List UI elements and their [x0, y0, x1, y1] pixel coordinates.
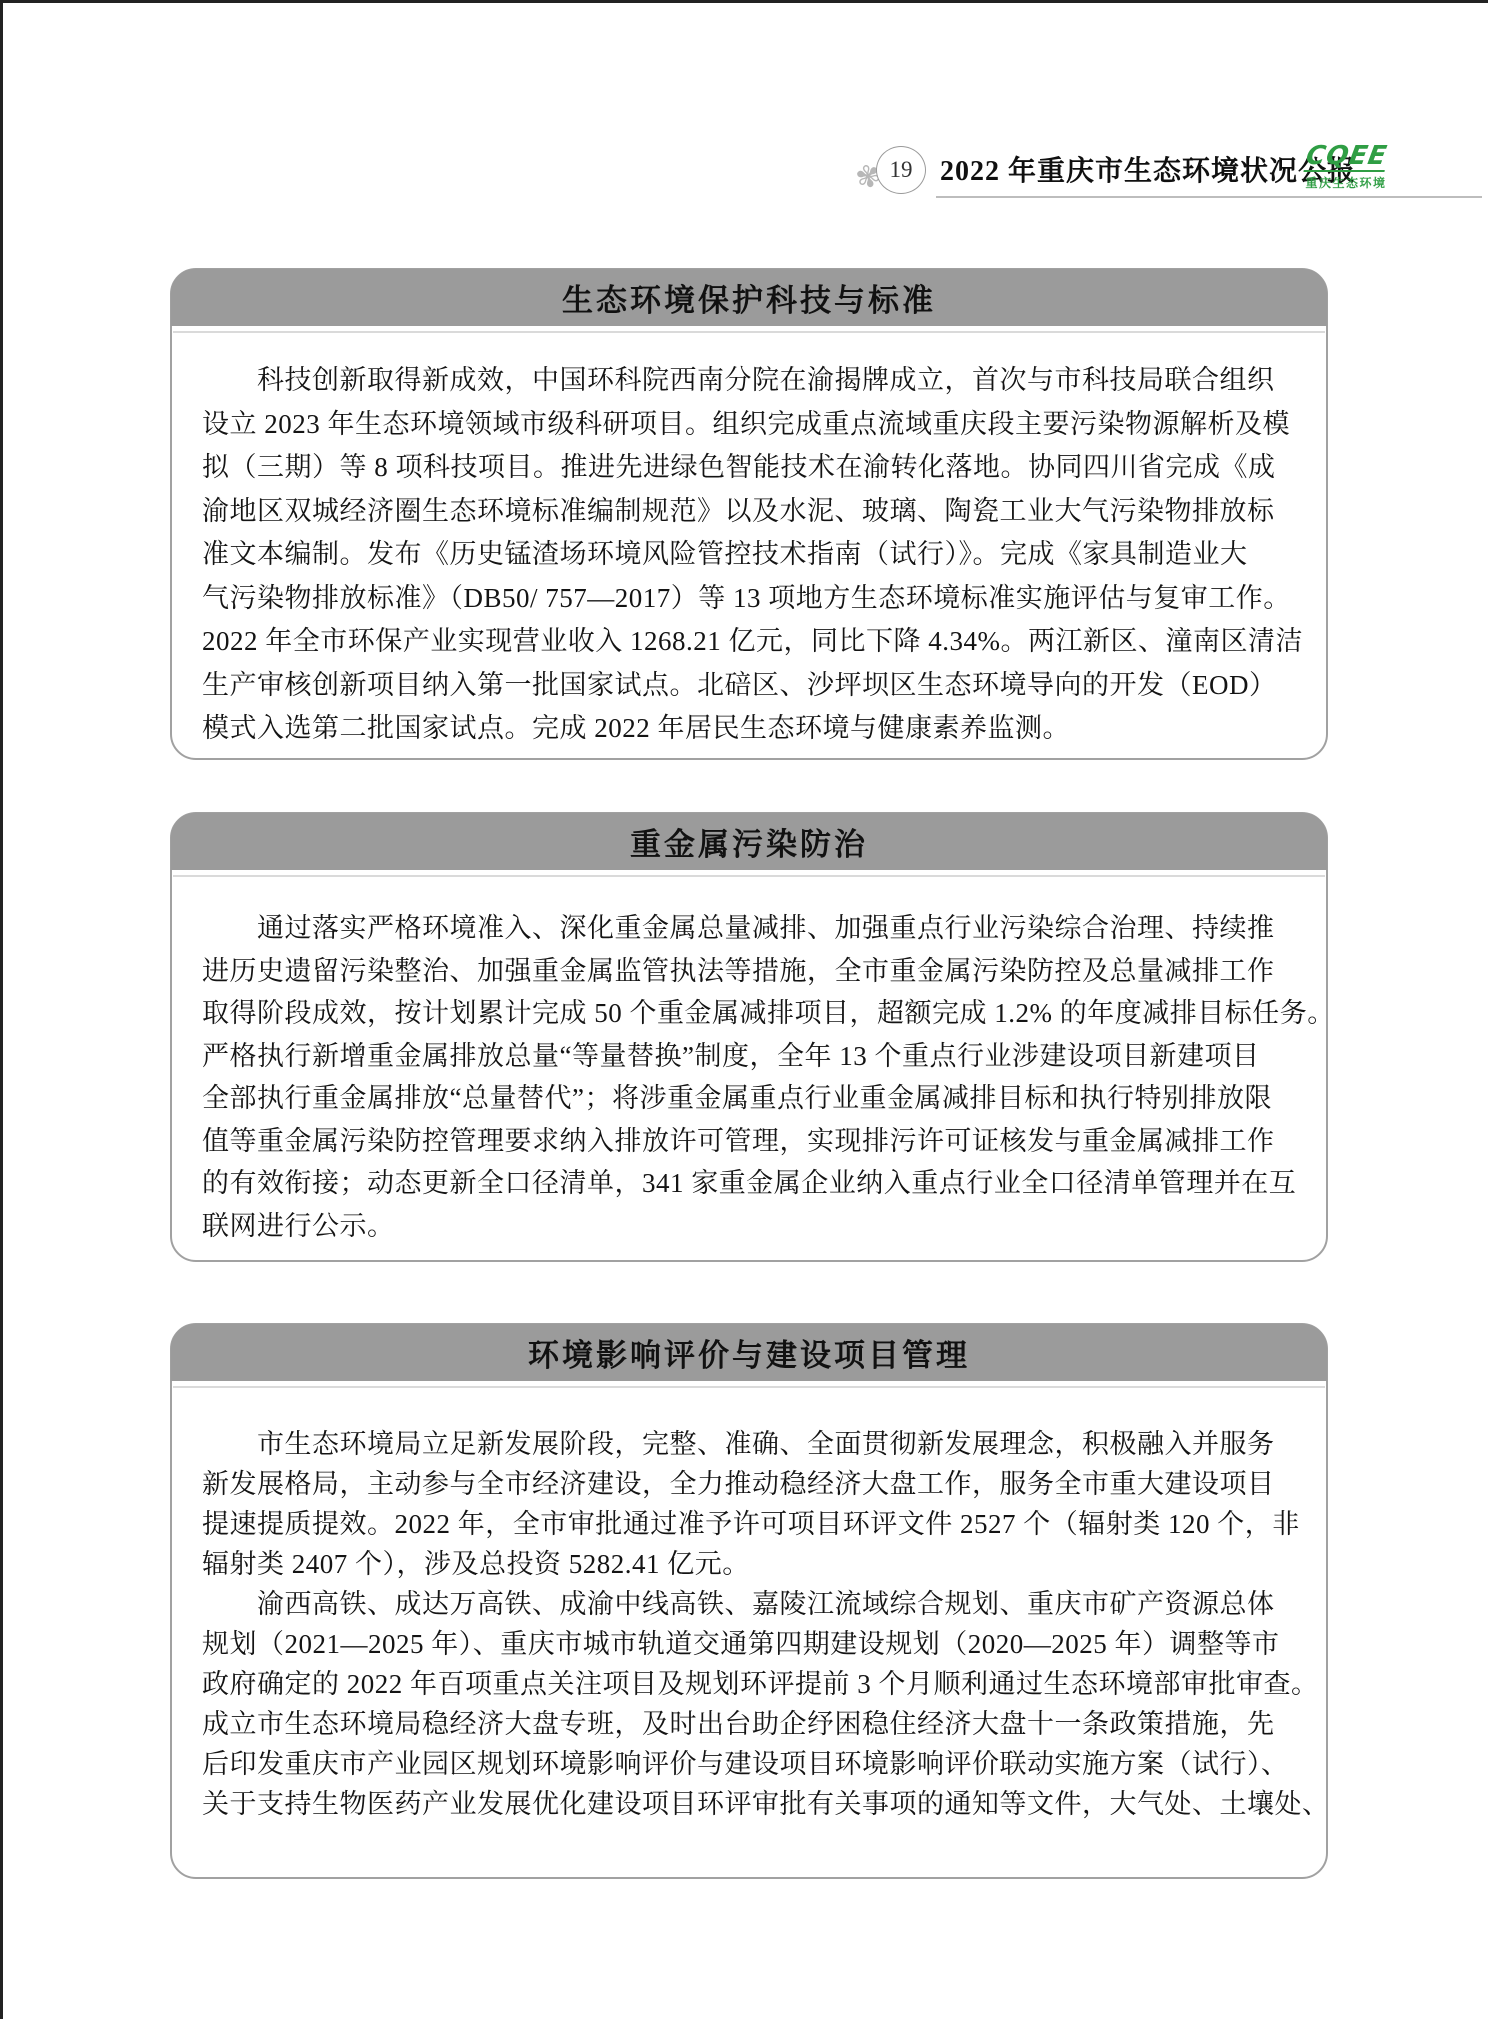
text-line: 联网进行公示。 — [202, 1205, 1296, 1248]
section-science-standards: 生态环境保护科技与标准 科技创新取得新成效，中国环科院西南分院在渝揭牌成立，首次… — [170, 268, 1328, 760]
document-page: { "page": { "number": "19", "title": "20… — [0, 0, 1488, 2019]
section-header-rule — [173, 870, 1325, 877]
section-header-rule — [173, 326, 1325, 333]
text-line: 2022 年全市环保产业实现营业收入 1268.21 亿元，同比下降 4.34%… — [202, 620, 1296, 664]
page-number: 19 — [890, 157, 913, 183]
page-edge-left — [0, 0, 3, 2019]
page-title: 2022 年重庆市生态环境状况公报 — [940, 149, 1356, 189]
section-body: 科技创新取得新成效，中国环科院西南分院在渝揭牌成立，首次与市科技局联合组织 设立… — [172, 333, 1326, 751]
text-line: 渝地区双城经济圈生态环境标准编制规范》以及水泥、玻璃、陶瓷工业大气污染物排放标 — [202, 490, 1296, 534]
text-line: 全部执行重金属排放“总量替代”；将涉重金属重点行业重金属减排目标和执行特别排放限 — [202, 1077, 1296, 1120]
text-line: 市生态环境局立足新发展阶段，完整、准确、全面贯彻新发展理念，积极融入并服务 — [202, 1424, 1296, 1464]
text-line: 通过落实严格环境准入、深化重金属总量减排、加强重点行业污染综合治理、持续推 — [202, 907, 1296, 950]
text-line: 生产审核创新项目纳入第一批国家试点。北碚区、沙坪坝区生态环境导向的开发（EOD） — [202, 664, 1296, 708]
text-line: 政府确定的 2022 年百项重点关注项目及规划环评提前 3 个月顺利通过生态环境… — [202, 1664, 1296, 1704]
section-body: 市生态环境局立足新发展阶段，完整、准确、全面贯彻新发展理念，积极融入并服务 新发… — [172, 1388, 1326, 1824]
section-heavy-metal: 重金属污染防治 通过落实严格环境准入、深化重金属总量减排、加强重点行业污染综合治… — [170, 812, 1328, 1262]
section-title: 环境影响评价与建设项目管理 — [528, 1330, 970, 1375]
text-line: 的有效衔接；动态更新全口径清单，341 家重金属企业纳入重点行业全口径清单管理并… — [202, 1162, 1296, 1205]
section-title: 生态环境保护科技与标准 — [562, 275, 936, 320]
text-line: 成立市生态环境局稳经济大盘专班，及时出台助企纾困稳住经济大盘十一条政策措施，先 — [202, 1704, 1296, 1744]
cqee-logo-wordmark: CQEE — [1303, 143, 1389, 172]
page-number-badge: 19 — [876, 146, 926, 194]
section-title-bar: 生态环境保护科技与标准 — [171, 269, 1327, 326]
section-eia-management: 环境影响评价与建设项目管理 市生态环境局立足新发展阶段，完整、准确、全面贯彻新发… — [170, 1323, 1328, 1879]
text-line: 提速提质提效。2022 年，全市审批通过准予许可项目环评文件 2527 个（辐射… — [202, 1504, 1296, 1544]
cqee-logo: CQEE 重庆生态环境 — [1300, 143, 1392, 191]
text-line: 气污染物排放标准》（DB50/ 757—2017）等 13 项地方生态环境标准实… — [202, 577, 1296, 621]
section-title: 重金属污染防治 — [630, 819, 868, 864]
text-line: 值等重金属污染防控管理要求纳入排放许可管理，实现排污许可证核发与重金属减排工作 — [202, 1120, 1296, 1163]
text-line: 规划（2021—2025 年）、重庆市城市轨道交通第四期建设规划（2020—20… — [202, 1624, 1296, 1664]
section-body: 通过落实严格环境准入、深化重金属总量减排、加强重点行业污染综合治理、持续推 进历… — [172, 877, 1326, 1247]
text-line: 渝西高铁、成达万高铁、成渝中线高铁、嘉陵江流域综合规划、重庆市矿产资源总体 — [202, 1584, 1296, 1624]
section-title-bar: 重金属污染防治 — [171, 813, 1327, 870]
cqee-logo-tagline: 重庆生态环境 — [1300, 174, 1392, 191]
section-title-bar: 环境影响评价与建设项目管理 — [171, 1324, 1327, 1381]
text-line: 新发展格局，主动参与全市经济建设，全力推动稳经济大盘工作，服务全市重大建设项目 — [202, 1464, 1296, 1504]
text-line: 拟（三期）等 8 项科技项目。推进先进绿色智能技术在渝转化落地。协同四川省完成《… — [202, 446, 1296, 490]
text-line: 辐射类 2407 个），涉及总投资 5282.41 亿元。 — [202, 1544, 1296, 1584]
page-edge-top — [0, 0, 1488, 3]
text-line: 模式入选第二批国家试点。完成 2022 年居民生态环境与健康素养监测。 — [202, 707, 1296, 751]
text-line: 严格执行新增重金属排放总量“等量替换”制度，全年 13 个重点行业涉建设项目新建… — [202, 1035, 1296, 1078]
text-line: 科技创新取得新成效，中国环科院西南分院在渝揭牌成立，首次与市科技局联合组织 — [202, 359, 1296, 403]
text-line: 设立 2023 年生态环境领域市级科研项目。组织完成重点流域重庆段主要污染物源解… — [202, 403, 1296, 447]
section-header-rule — [173, 1381, 1325, 1388]
text-line: 进历史遗留污染整治、加强重金属监管执法等措施，全市重金属污染防控及总量减排工作 — [202, 950, 1296, 993]
header-rule — [936, 196, 1482, 198]
text-line: 取得阶段成效，按计划累计完成 50 个重金属减排项目，超额完成 1.2% 的年度… — [202, 992, 1296, 1035]
text-line: 关于支持生物医药产业发展优化建设项目环评审批有关事项的通知等文件，大气处、土壤处… — [202, 1784, 1296, 1824]
text-line: 准文本编制。发布《历史锰渣场环境风险管控技术指南（试行）》。完成《家具制造业大 — [202, 533, 1296, 577]
text-line: 后印发重庆市产业园区规划环境影响评价与建设项目环境影响评价联动实施方案（试行）、 — [202, 1744, 1296, 1784]
